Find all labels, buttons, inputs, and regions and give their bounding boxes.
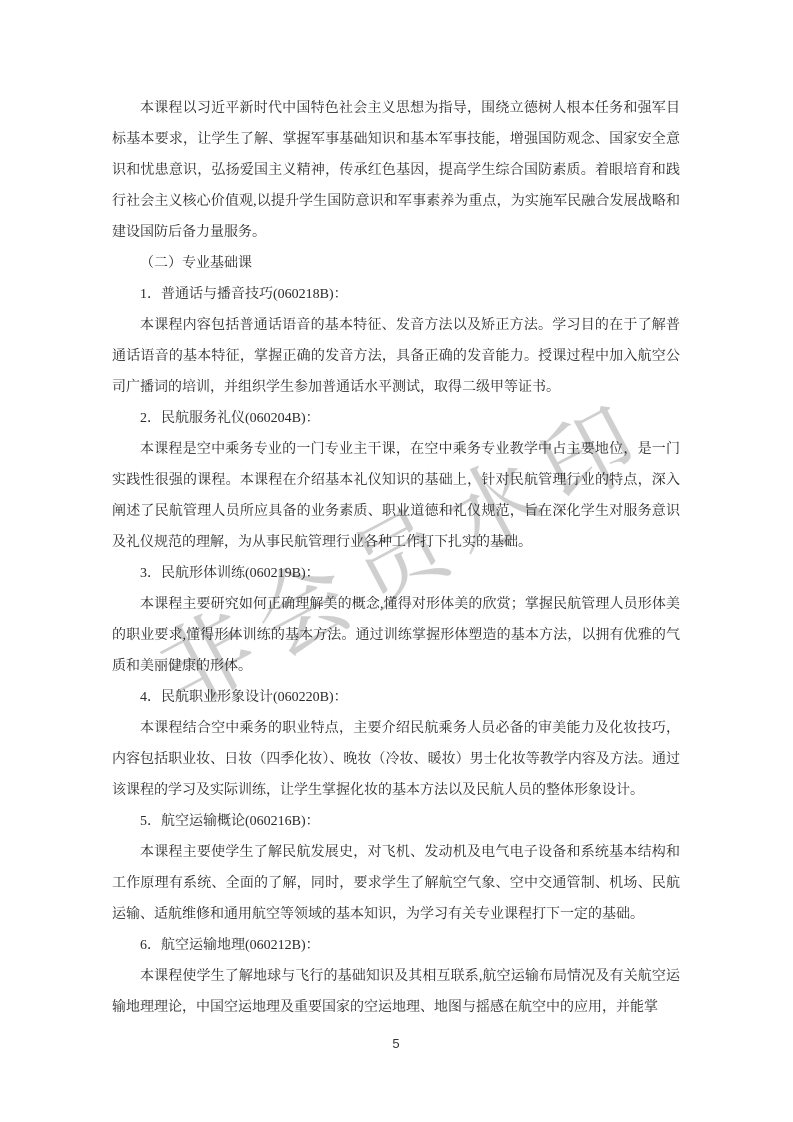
course-description-1: 本课程内容包括普通话语音的基本特征、发音方法以及矫正方法。学习目的在于了解普通话… bbox=[112, 310, 680, 403]
course-description-5: 本课程主要使学生了解民航发展史，对飞机、发动机及电气电子设备和系统基本结构和工作… bbox=[112, 837, 680, 930]
course-title-5: 5．航空运输概论(060216B)： bbox=[112, 806, 680, 837]
course-title-4: 4．民航职业形象设计(060220B)： bbox=[112, 682, 680, 713]
page-number: 5 bbox=[112, 1036, 680, 1051]
course-title-3: 3．民航形体训练(060219B)： bbox=[112, 558, 680, 589]
course-description-6: 本课程使学生了解地球与飞行的基础知识及其相互联系,航空运输布局情况及有关航空运输… bbox=[112, 961, 680, 1023]
document-page: 非会员水印 本课程以习近平新时代中国特色社会主义思想为指导，围绕立德树人根本任务… bbox=[0, 0, 793, 1122]
intro-paragraph: 本课程以习近平新时代中国特色社会主义思想为指导，围绕立德树人根本任务和强军目标基… bbox=[112, 93, 680, 248]
course-title-2: 2．民航服务礼仪(060204B)： bbox=[112, 403, 680, 434]
section-heading: （二）专业基础课 bbox=[112, 248, 680, 279]
course-description-3: 本课程主要研究如何正确理解美的概念,懂得对形体美的欣赏；掌握民航管理人员形体美的… bbox=[112, 589, 680, 682]
document-body: 本课程以习近平新时代中国特色社会主义思想为指导，围绕立德树人根本任务和强军目标基… bbox=[112, 93, 680, 1023]
course-title-1: 1．普通话与播音技巧(060218B)： bbox=[112, 279, 680, 310]
course-title-6: 6．航空运输地理(060212B)： bbox=[112, 930, 680, 961]
course-description-2: 本课程是空中乘务专业的一门专业主干课，在空中乘务专业教学中占主要地位，是一门实践… bbox=[112, 434, 680, 558]
course-description-4: 本课程结合空中乘务的职业特点，主要介绍民航乘务人员必备的审美能力及化妆技巧，内容… bbox=[112, 713, 680, 806]
